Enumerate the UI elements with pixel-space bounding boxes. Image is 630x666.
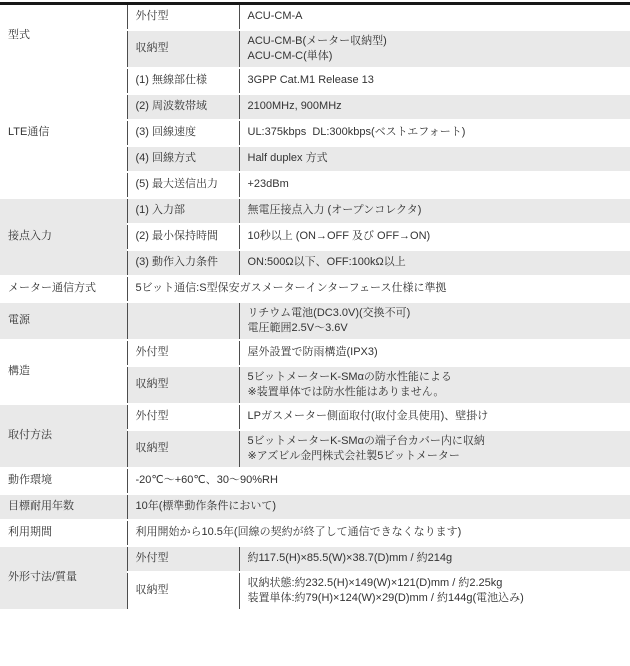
spec-row: 電源リチウム電池(DC3.0V)(交換不可)電圧範囲2.5V〜3.6V xyxy=(0,302,630,340)
spec-row: 利用期間利用開始から10.5年(回線の契約が終了して通信できなくなります) xyxy=(0,520,630,546)
spec-sub-label: (1) 入力部 xyxy=(127,198,239,224)
spec-value: UL:375kbps DL:300kbps(ベストエフォート) xyxy=(239,120,630,146)
spec-sub-label: (1) 無線部仕様 xyxy=(127,68,239,94)
spec-group-label: 接点入力 xyxy=(0,198,127,276)
spec-sub-label: 外付型 xyxy=(127,4,239,30)
spec-group-label: 利用期間 xyxy=(0,520,127,546)
spec-value: ACU-CM-B(メーター収納型)ACU-CM-C(単体) xyxy=(239,30,630,68)
spec-sub-label: (2) 周波数帯域 xyxy=(127,94,239,120)
spec-row: 構造外付型屋外設置で防雨構造(IPX3) xyxy=(0,340,630,366)
spec-value: 10年(標準動作条件において) xyxy=(127,494,630,520)
spec-value: 2100MHz, 900MHz xyxy=(239,94,630,120)
spec-value: 屋外設置で防雨構造(IPX3) xyxy=(239,340,630,366)
spec-row: メーター通信方式5ビット通信:S型保安ガスメーターインターフェース仕様に準拠 xyxy=(0,276,630,302)
spec-group-label: 目標耐用年数 xyxy=(0,494,127,520)
spec-sub-label: 外付型 xyxy=(127,404,239,430)
spec-group-label: 構造 xyxy=(0,340,127,404)
spec-value: +23dBm xyxy=(239,172,630,198)
spec-sub-label xyxy=(127,302,239,340)
spec-value: 収納状態:約232.5(H)×149(W)×121(D)mm / 約2.25kg… xyxy=(239,572,630,610)
spec-row: 型式外付型ACU-CM-A xyxy=(0,4,630,30)
spec-sub-label: 外付型 xyxy=(127,340,239,366)
spec-group-label: 外形寸法/質量 xyxy=(0,546,127,610)
spec-table: 型式外付型ACU-CM-A収納型ACU-CM-B(メーター収納型)ACU-CM-… xyxy=(0,2,630,611)
spec-sub-label: 収納型 xyxy=(127,30,239,68)
spec-row: LTE通信(1) 無線部仕様3GPP Cat.M1 Release 13 xyxy=(0,68,630,94)
spec-value: 5ビットメーターK-SMαの端子台カバー内に収納※アズビル金門株式会社製5ビット… xyxy=(239,430,630,468)
spec-value: 利用開始から10.5年(回線の契約が終了して通信できなくなります) xyxy=(127,520,630,546)
spec-table-body: 型式外付型ACU-CM-A収納型ACU-CM-B(メーター収納型)ACU-CM-… xyxy=(0,4,630,610)
spec-value: 5ビットメーターK-SMαの防水性能による※装置単体では防水性能はありません。 xyxy=(239,366,630,404)
spec-value: LPガスメーター側面取付(取付金具使用)、壁掛け xyxy=(239,404,630,430)
spec-sub-label: 収納型 xyxy=(127,366,239,404)
spec-group-label: 取付方法 xyxy=(0,404,127,468)
spec-value: 約117.5(H)×85.5(W)×38.7(D)mm / 約214g xyxy=(239,546,630,572)
spec-sub-label: 外付型 xyxy=(127,546,239,572)
spec-group-label: 電源 xyxy=(0,302,127,340)
spec-row: 目標耐用年数10年(標準動作条件において) xyxy=(0,494,630,520)
spec-value: -20℃〜+60℃、30〜90%RH xyxy=(127,468,630,494)
spec-sub-label: (3) 回線速度 xyxy=(127,120,239,146)
spec-value: 5ビット通信:S型保安ガスメーターインターフェース仕様に準拠 xyxy=(127,276,630,302)
spec-sub-label: (4) 回線方式 xyxy=(127,146,239,172)
spec-value: 3GPP Cat.M1 Release 13 xyxy=(239,68,630,94)
spec-value: リチウム電池(DC3.0V)(交換不可)電圧範囲2.5V〜3.6V xyxy=(239,302,630,340)
spec-group-label: 型式 xyxy=(0,4,127,68)
spec-sub-label: (2) 最小保持時間 xyxy=(127,224,239,250)
spec-sub-label: 収納型 xyxy=(127,572,239,610)
spec-sub-label: (3) 動作入力条件 xyxy=(127,250,239,276)
spec-value: Half duplex 方式 xyxy=(239,146,630,172)
spec-row: 外形寸法/質量外付型約117.5(H)×85.5(W)×38.7(D)mm / … xyxy=(0,546,630,572)
spec-sub-label: 収納型 xyxy=(127,430,239,468)
spec-group-label: 動作環境 xyxy=(0,468,127,494)
page: 型式外付型ACU-CM-A収納型ACU-CM-B(メーター収納型)ACU-CM-… xyxy=(0,2,630,666)
spec-row: 動作環境-20℃〜+60℃、30〜90%RH xyxy=(0,468,630,494)
spec-sub-label: (5) 最大送信出力 xyxy=(127,172,239,198)
spec-row: 接点入力(1) 入力部無電圧接点入力 (オープンコレクタ) xyxy=(0,198,630,224)
spec-row: 取付方法外付型LPガスメーター側面取付(取付金具使用)、壁掛け xyxy=(0,404,630,430)
spec-value: ACU-CM-A xyxy=(239,4,630,30)
spec-group-label: メーター通信方式 xyxy=(0,276,127,302)
spec-group-label: LTE通信 xyxy=(0,68,127,198)
spec-value: 10秒以上 (ON→OFF 及び OFF→ON) xyxy=(239,224,630,250)
spec-value: ON:500Ω以下、OFF:100kΩ以上 xyxy=(239,250,630,276)
spec-value: 無電圧接点入力 (オープンコレクタ) xyxy=(239,198,630,224)
